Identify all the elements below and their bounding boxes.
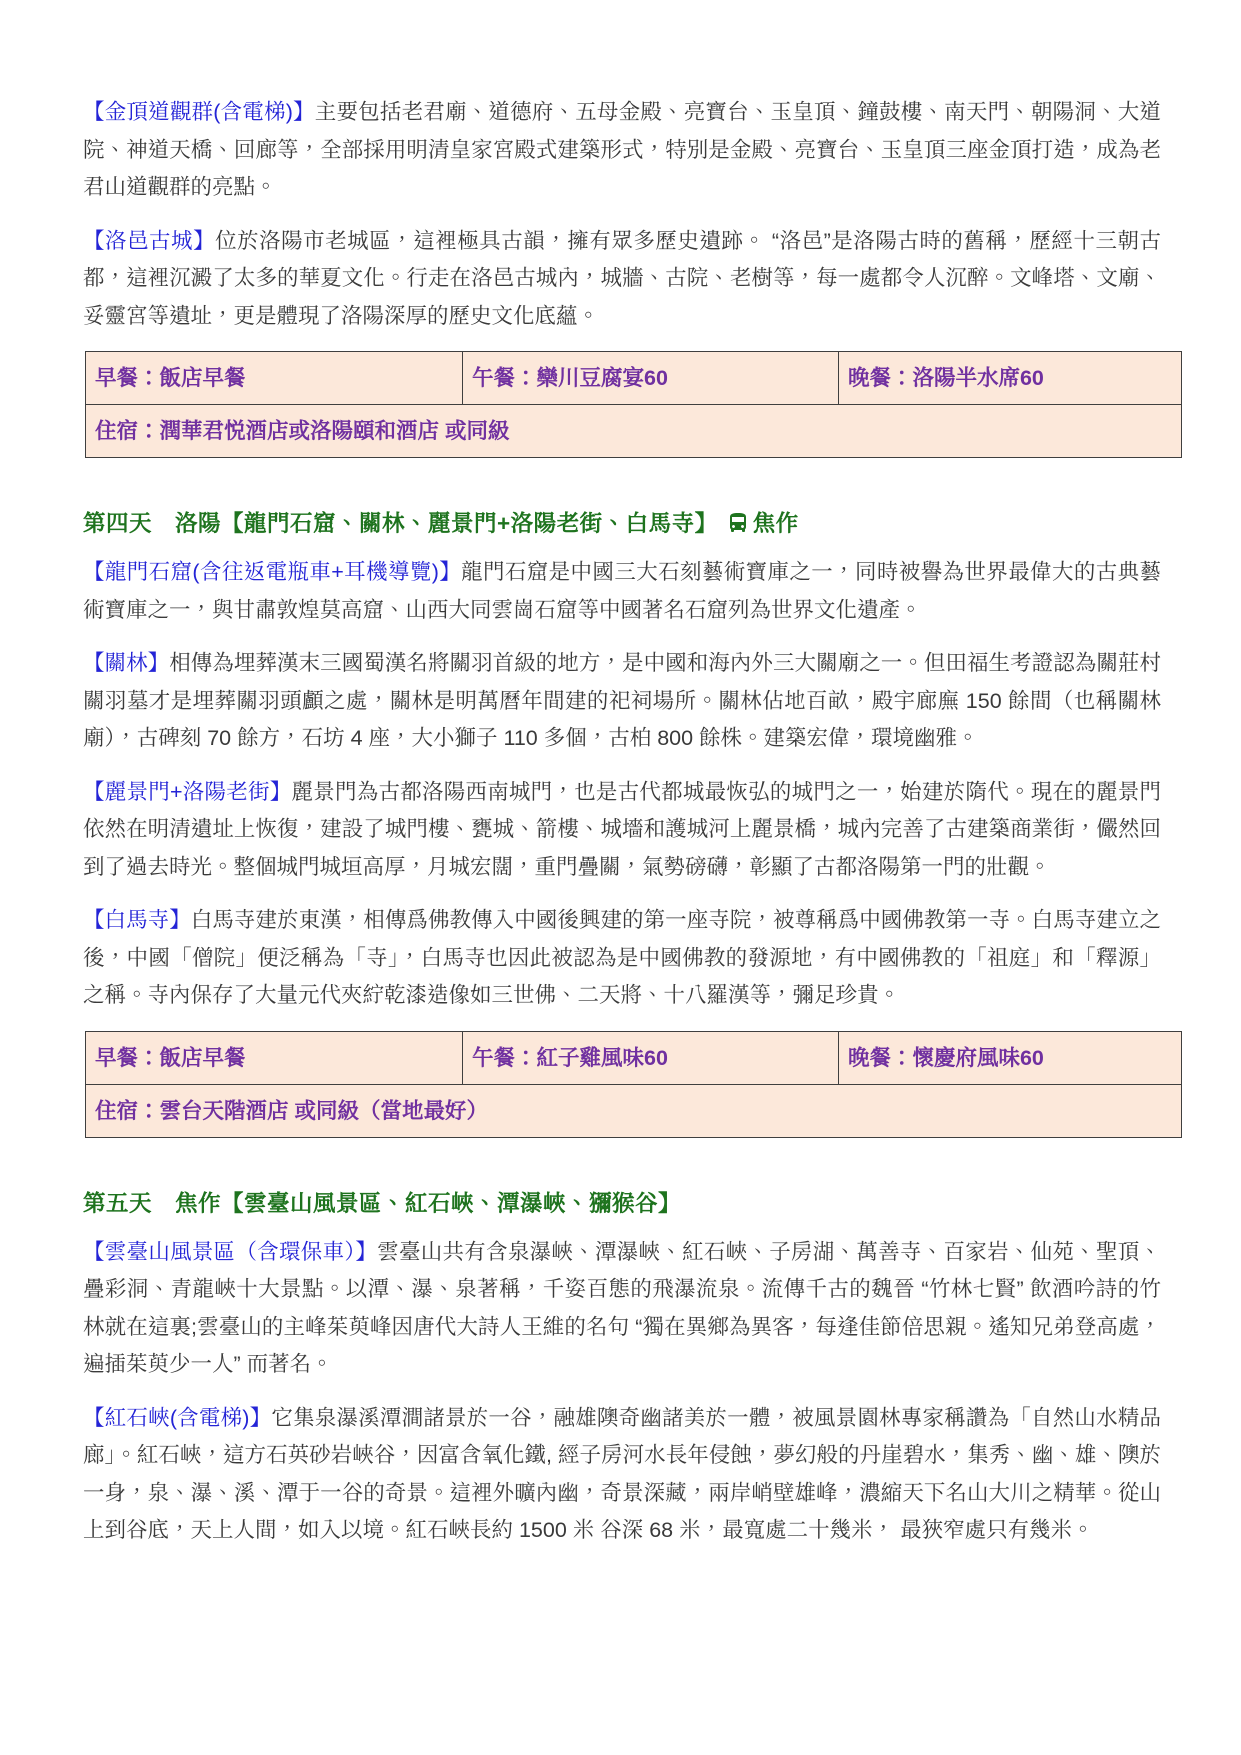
attraction-tag-guanlin: 【關林】 xyxy=(83,651,169,675)
attraction-tag-baimasi: 【白馬寺】 xyxy=(83,908,191,932)
attraction-desc-baimasi: 白馬寺建於東漢，相傳爲佛教傳入中國後興建的第一座寺院，被尊稱爲中國佛教第一寺。白… xyxy=(83,908,1161,1007)
dinner-cell: 晚餐：懷慶府風味60 xyxy=(838,1031,1181,1084)
day4-transfer-destination: 焦作 xyxy=(753,511,799,536)
paragraph-longmen-grottoes: 【龍門石窟(含往返電瓶車+耳機導覽)】龍門石窟是中國三大石刻藝術寶庫之一，同時被… xyxy=(83,554,1161,629)
lodging-cell: 住宿：雲台天階酒店 或同級（當地最好） xyxy=(86,1084,1182,1137)
attraction-tag-luoyi: 【洛邑古城】 xyxy=(83,229,215,253)
attraction-tag-longmen: 【龍門石窟(含往返電瓶車+耳機導覽)】 xyxy=(83,560,461,584)
attraction-tag-lijingmen: 【麗景門+洛陽老街】 xyxy=(83,780,292,804)
day4-heading-text: 第四天 洛陽【龍門石窟、關林、麗景門+洛陽老街、白馬寺】 xyxy=(83,511,718,536)
meal-table-day4: 早餐：飯店早餐 午餐：紅子雞風味60 晚餐：懷慶府風味60 住宿：雲台天階酒店 … xyxy=(85,1031,1182,1138)
lodging-row: 住宿：雲台天階酒店 或同級（當地最好） xyxy=(86,1084,1182,1137)
lodging-cell: 住宿：潤華君悦酒店或洛陽頤和酒店 或同級 xyxy=(86,405,1182,458)
attraction-tag-jinding: 【金頂道觀群(含電梯)】 xyxy=(83,100,315,124)
breakfast-cell: 早餐：飯店早餐 xyxy=(86,352,463,405)
itinerary-document: { "page": { "type": "travel-itinerary-do… xyxy=(0,0,1241,1755)
paragraph-guanlin: 【關林】相傳為埋葬漢末三國蜀漢名將關羽首級的地方，是中國和海內外三大關廟之一。但… xyxy=(83,645,1161,758)
day5-heading-text: 第五天 焦作【雲臺山風景區、紅石峽、潭瀑峽、獼猴谷】 xyxy=(83,1191,681,1216)
lunch-cell: 午餐：欒川豆腐宴60 xyxy=(463,352,839,405)
paragraph-yuntaishan-scenic-area: 【雲臺山風景區（含環保車）】雲臺山共有含泉瀑峽、潭瀑峽、紅石峽、子房湖、萬善寺、… xyxy=(83,1234,1161,1384)
bus-icon xyxy=(726,511,750,535)
attraction-desc-luoyi: 位於洛陽市老城區，這裡極具古韻，擁有眾多歷史遺跡。 “洛邑”是洛陽古時的舊稱，歷… xyxy=(83,229,1161,328)
paragraph-baimasi-temple: 【白馬寺】白馬寺建於東漢，相傳爲佛教傳入中國後興建的第一座寺院，被尊稱爲中國佛教… xyxy=(83,902,1161,1015)
paragraph-hongshixia-gorge: 【紅石峽(含電梯)】它集泉瀑溪潭澗諸景於一谷，融雄隩奇幽諸美於一體，被風景園林專… xyxy=(83,1400,1161,1550)
meal-row: 早餐：飯店早餐 午餐：欒川豆腐宴60 晚餐：洛陽半水席60 xyxy=(86,352,1182,405)
paragraph-jinding-taoist-temples: 【金頂道觀群(含電梯)】主要包括老君廟、道德府、五母金殿、亮寶台、玉皇頂、鐘鼓樓… xyxy=(83,94,1161,207)
meal-row: 早餐：飯店早餐 午餐：紅子雞風味60 晚餐：懷慶府風味60 xyxy=(86,1031,1182,1084)
attraction-tag-hongshixia: 【紅石峽(含電梯)】 xyxy=(83,1406,271,1430)
paragraph-luoyi-ancient-city: 【洛邑古城】位於洛陽市老城區，這裡極具古韻，擁有眾多歷史遺跡。 “洛邑”是洛陽古… xyxy=(83,223,1161,336)
breakfast-cell: 早餐：飯店早餐 xyxy=(86,1031,463,1084)
day4-heading: 第四天 洛陽【龍門石窟、關林、麗景門+洛陽老街、白馬寺】焦作 xyxy=(83,508,1161,540)
day5-heading: 第五天 焦作【雲臺山風景區、紅石峽、潭瀑峽、獼猴谷】 xyxy=(83,1188,1161,1220)
attraction-desc-guanlin: 相傳為埋葬漢末三國蜀漢名將關羽首級的地方，是中國和海內外三大關廟之一。但田福生考… xyxy=(83,651,1161,750)
lodging-row: 住宿：潤華君悦酒店或洛陽頤和酒店 或同級 xyxy=(86,405,1182,458)
lunch-cell: 午餐：紅子雞風味60 xyxy=(463,1031,839,1084)
dinner-cell: 晚餐：洛陽半水席60 xyxy=(838,352,1181,405)
attraction-tag-yuntaishan: 【雲臺山風景區（含環保車）】 xyxy=(83,1240,377,1264)
meal-table-day3: 早餐：飯店早餐 午餐：欒川豆腐宴60 晚餐：洛陽半水席60 住宿：潤華君悦酒店或… xyxy=(85,351,1182,458)
paragraph-lijingmen-old-street: 【麗景門+洛陽老街】麗景門為古都洛陽西南城門，也是古代都城最恢弘的城門之一，始建… xyxy=(83,774,1161,887)
